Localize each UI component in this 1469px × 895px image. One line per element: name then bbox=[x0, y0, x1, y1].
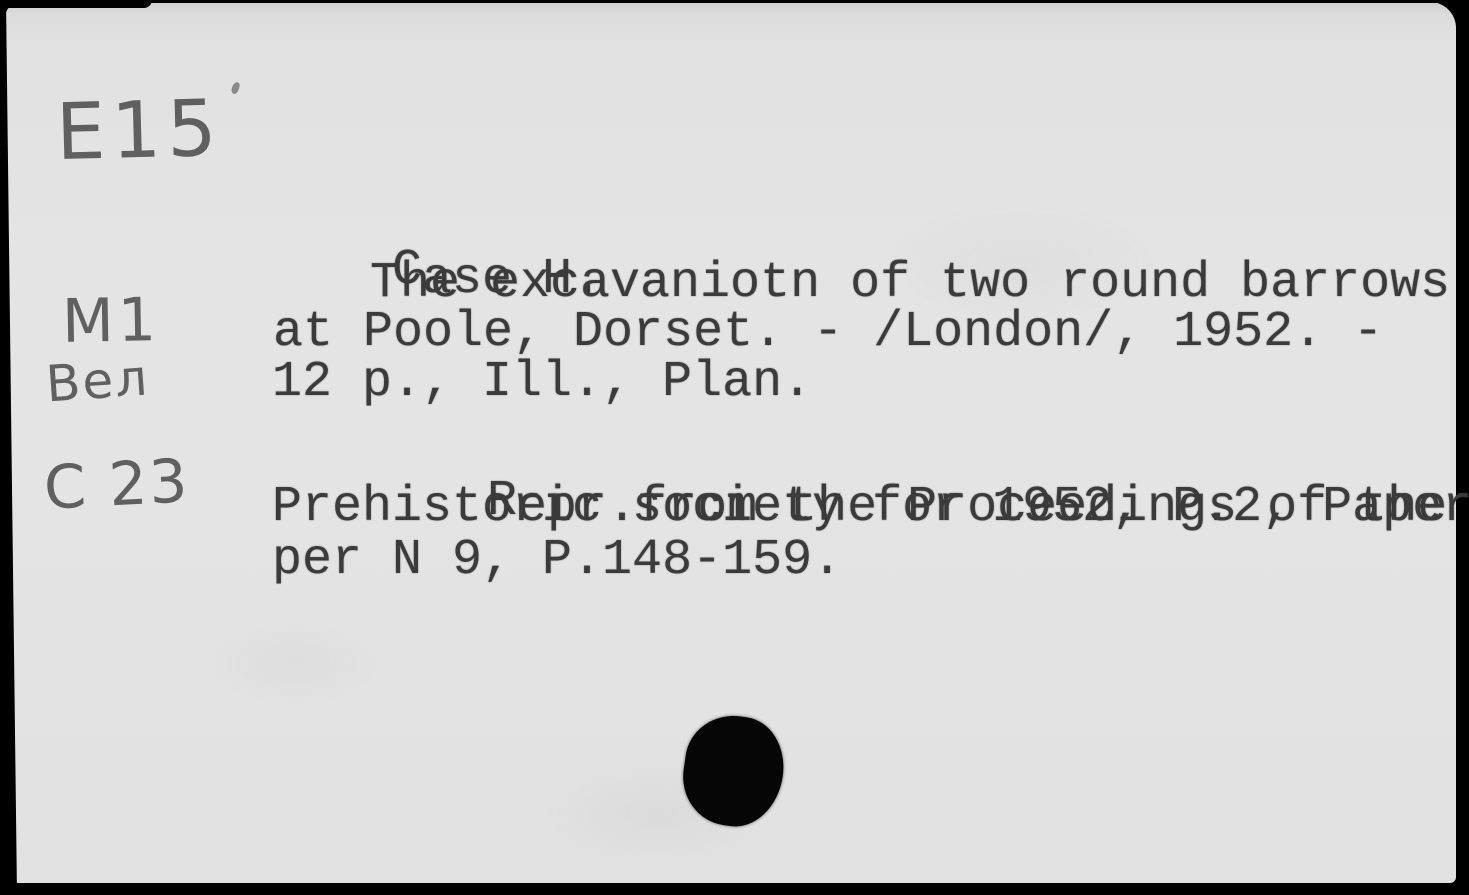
scan-edge-top bbox=[0, 0, 1469, 3]
margin-mark-bel: Вел bbox=[44, 348, 151, 413]
title-line-1: The excavaniotn of two round barrows bbox=[370, 259, 1450, 309]
shelfmark-handwritten: E15 bbox=[55, 84, 224, 178]
margin-mark-m1: M1 bbox=[61, 285, 160, 357]
scanned-catalog-card-page: E15 M1 Вел C 23 Case H. The excavaniotn … bbox=[0, 0, 1469, 895]
note-line-2: Prehistoric society for 1952, P.2, Paper bbox=[272, 483, 1469, 533]
margin-mark-c23: C 23 bbox=[42, 446, 191, 524]
note-line-3: per N 9, P.148-159. bbox=[272, 536, 842, 586]
title-line-2: at Poole, Dorset. - /London/, 1952. - bbox=[273, 308, 1383, 358]
title-line-3: 12 p., Ill., Plan. bbox=[272, 358, 812, 408]
